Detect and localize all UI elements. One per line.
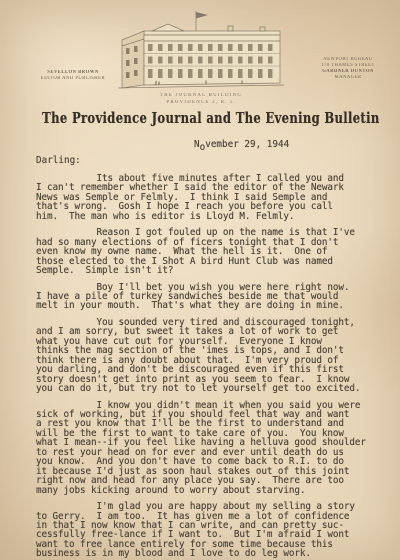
letter-body: November 29, 1944 Darling: Its about fiv… <box>36 140 382 560</box>
date-rest: vember 29, 1944 <box>205 139 289 150</box>
scanned-letter-page: SEVELLON BROWN EDITOR AND PUBLISHER NEWP… <box>0 0 400 560</box>
paragraph-2: Reason I got fouled up on the name is th… <box>36 228 382 275</box>
building-caption-line-1: THE JOURNAL BUILDING <box>152 93 250 99</box>
bureau-line-4: MANAGER <box>311 75 386 80</box>
bureau-line-3: GARDNER DUNTON <box>311 69 386 74</box>
paragraph-6: I'm glad you are happy about my selling … <box>36 502 382 559</box>
bureau-line-2: 178 THAMES STREET <box>311 63 386 68</box>
letterhead-editor-block: SEVELLON BROWN EDITOR AND PUBLISHER <box>28 70 118 82</box>
building-caption-line-2: PROVIDENCE 2, R. I. <box>152 100 250 106</box>
letterhead-bureau-block: NEWPORT BUREAU 178 THAMES STREET GARDNER… <box>300 57 396 81</box>
bureau-line-1: NEWPORT BUREAU <box>311 57 386 62</box>
editor-title: EDITOR AND PUBLISHER <box>38 76 108 81</box>
journal-building-illustration <box>110 8 292 92</box>
date-prefix: N <box>194 139 200 150</box>
paragraph-4: You sounded very tired and discouraged t… <box>36 318 382 394</box>
masthead-title: The Providence Journal and The Evening B… <box>42 110 379 127</box>
editor-name: SEVELLON BROWN <box>38 70 108 75</box>
paragraph-3: Boy I'll bet you wish you were here righ… <box>36 283 382 311</box>
paragraph-5: I know you didn't mean it when you said … <box>36 401 382 496</box>
paragraph-1: Its about five minutes after I called yo… <box>36 174 382 221</box>
date-lowered-o: o <box>200 142 206 153</box>
building-caption: THE JOURNAL BUILDING PROVIDENCE 2, R. I. <box>140 93 262 107</box>
masthead: The Providence Journal and The Evening B… <box>0 108 400 127</box>
building-engraving-svg <box>110 8 292 92</box>
letter-date: November 29, 1944 <box>194 140 382 150</box>
salutation: Darling: <box>36 156 382 166</box>
